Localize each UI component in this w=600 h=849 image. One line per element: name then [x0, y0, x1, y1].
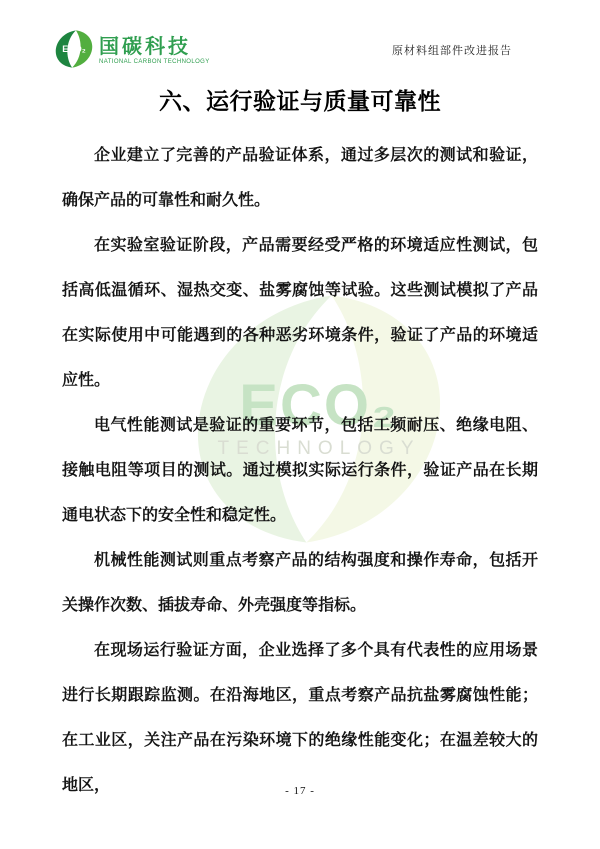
eco-logo-icon: ECO₂	[55, 30, 93, 68]
company-name-block: 国碳科技 NATIONAL CARBON TECHNOLOGY	[99, 32, 210, 66]
company-logo: ECO₂ 国碳科技 NATIONAL CARBON TECHNOLOGY	[55, 30, 210, 68]
paragraph: 电气性能测试是验证的重要环节，包括工频耐压、绝缘电阻、接触电阻等项目的测试。通过…	[62, 403, 538, 538]
paragraph: 企业建立了完善的产品验证体系，通过多层次的测试和验证，确保产品的可靠性和耐久性。	[62, 133, 538, 223]
document-header-title: 原材料组部件改进报告	[392, 42, 512, 58]
eco-badge-label: ECO₂	[55, 45, 93, 54]
document-page: ECO₂ 国碳科技 NATIONAL CARBON TECHNOLOGY 原材料…	[0, 0, 600, 849]
page-number: - 17 -	[285, 785, 315, 797]
page-footer: - 17 -	[0, 781, 600, 799]
company-name-en: NATIONAL CARBON TECHNOLOGY	[99, 59, 210, 66]
section-title: 六、运行验证与质量可靠性	[0, 83, 600, 116]
paragraph: 机械性能测试则重点考察产品的结构强度和操作寿命，包括开关操作次数、插拔寿命、外壳…	[62, 538, 538, 628]
page-header: ECO₂ 国碳科技 NATIONAL CARBON TECHNOLOGY 原材料…	[55, 30, 545, 74]
paragraph: 在实验室验证阶段，产品需要经受严格的环境适应性测试，包括高低温循环、湿热交变、盐…	[62, 223, 538, 403]
company-name-cn: 国碳科技	[99, 35, 210, 59]
body-text: 企业建立了完善的产品验证体系，通过多层次的测试和验证，确保产品的可靠性和耐久性。…	[62, 133, 538, 808]
